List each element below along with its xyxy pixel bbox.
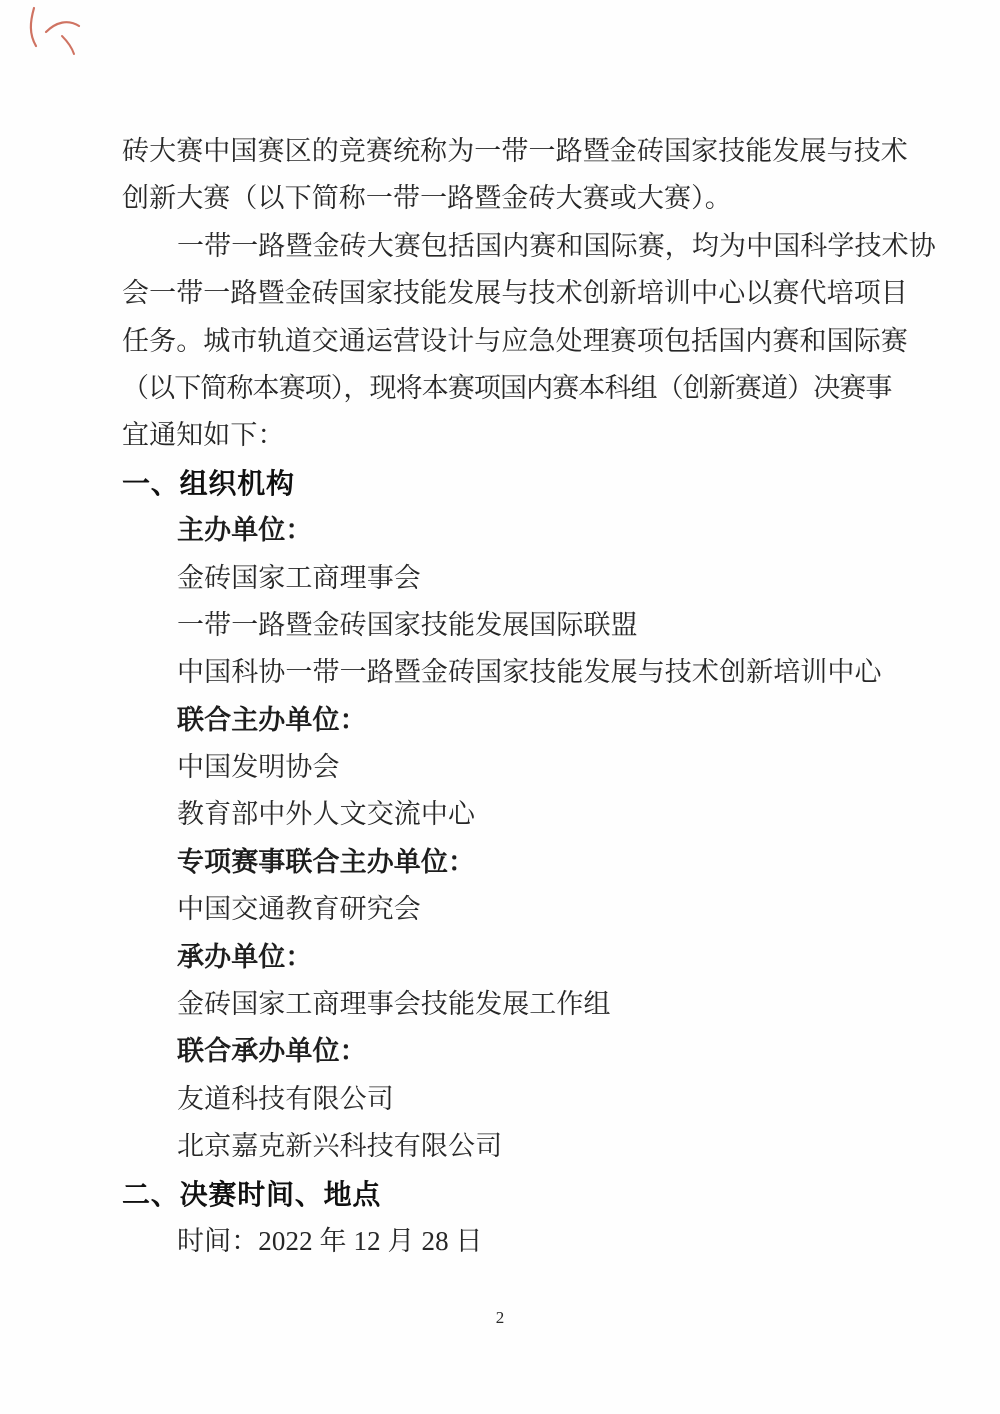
body-line: 一带一路暨金砖大赛包括国内赛和国际赛，均为中国科学技术协 — [122, 223, 912, 270]
page-number: 2 — [0, 1306, 1000, 1330]
org-role-label: 联合承办单位： — [122, 1028, 912, 1075]
org-name: 金砖国家工商理事会技能发展工作组 — [122, 981, 912, 1028]
section-2-heading: 二、决赛时间、地点 — [122, 1171, 912, 1218]
body-line: 创新大赛（以下简称一带一路暨金砖大赛或大赛）。 — [122, 175, 912, 222]
org-name: 中国发明协会 — [122, 744, 912, 791]
red-pen-scribble-icon — [24, 2, 94, 62]
pen-stroke — [46, 22, 79, 32]
org-name: 中国科协一带一路暨金砖国家技能发展与技术创新培训中心 — [122, 649, 912, 696]
org-role-label: 联合主办单位： — [122, 697, 912, 744]
org-name: 友道科技有限公司 — [122, 1076, 912, 1123]
time-line: 时间：2022 年 12 月 28 日 — [122, 1218, 912, 1265]
org-name: 金砖国家工商理事会 — [122, 555, 912, 602]
org-role-label: 主办单位： — [122, 507, 912, 554]
body-line: 砖大赛中国赛区的竞赛统称为一带一路暨金砖国家技能发展与技术 — [122, 128, 912, 175]
body-line: （以下简称本赛项），现将本赛项国内赛本科组（创新赛道）决赛事 — [122, 365, 912, 412]
body-line: 任务。城市轨道交通运营设计与应急处理赛项包括国内赛和国际赛 — [122, 318, 912, 365]
body-line: 宜通知如下： — [122, 412, 912, 459]
org-name: 中国交通教育研究会 — [122, 886, 912, 933]
org-name: 北京嘉克新兴科技有限公司 — [122, 1123, 912, 1170]
document-body: 砖大赛中国赛区的竞赛统称为一带一路暨金砖国家技能发展与技术 创新大赛（以下简称一… — [122, 128, 912, 1265]
pen-stroke — [62, 36, 74, 54]
org-name: 一带一路暨金砖国家技能发展国际联盟 — [122, 602, 912, 649]
org-role-label: 承办单位： — [122, 934, 912, 981]
document-page: 砖大赛中国赛区的竞赛统称为一带一路暨金砖国家技能发展与技术 创新大赛（以下简称一… — [0, 0, 1000, 1414]
pen-stroke — [31, 8, 36, 46]
org-role-label: 专项赛事联合主办单位： — [122, 839, 912, 886]
body-line: 会一带一路暨金砖国家技能发展与技术创新培训中心以赛代培项目 — [122, 270, 912, 317]
section-1-heading: 一、组织机构 — [122, 460, 912, 507]
org-name: 教育部中外人文交流中心 — [122, 791, 912, 838]
